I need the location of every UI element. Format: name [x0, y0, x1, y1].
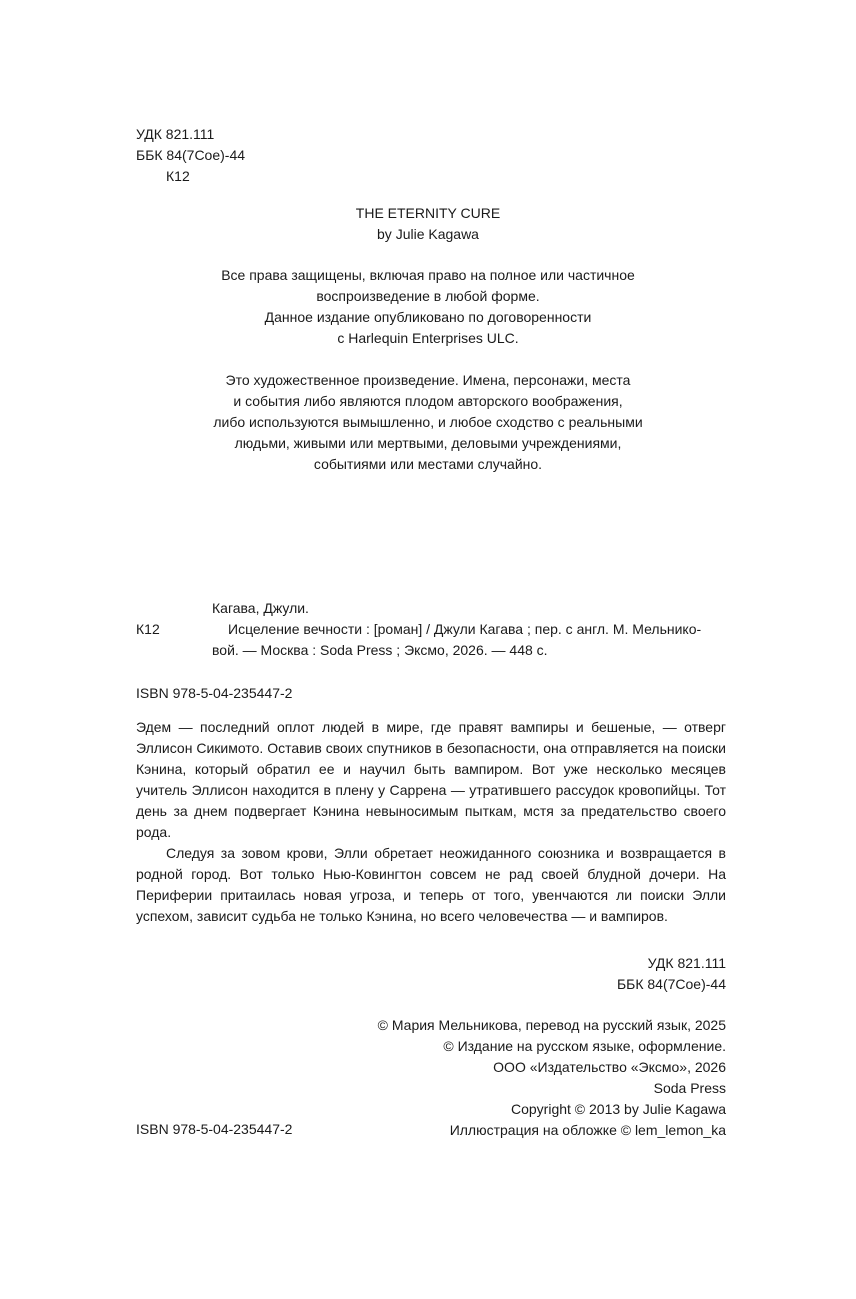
- disclaimer-line: событиями или местами случайно.: [0, 454, 856, 475]
- catalog-entry: Кагава, Джули. К12 Исцеление вечности : …: [136, 598, 728, 661]
- classification-codes-top: УДК 821.111 ББК 84(7Сое)-44 К12: [136, 124, 245, 187]
- rights-line: воспроизведение в любой форме.: [0, 286, 856, 307]
- catalog-description: Исцеление вечности : [роман] / Джули Каг…: [136, 619, 728, 661]
- disclaimer-line: Это художественное произведение. Имена, …: [0, 370, 856, 391]
- udk-code: УДК 821.111: [617, 953, 726, 974]
- annotation-paragraph: Следуя за зовом крови, Элли обретает нео…: [136, 843, 726, 927]
- rights-line: Данное издание опубликовано по договорен…: [0, 307, 856, 328]
- disclaimer-line: и события либо являются плодом авторског…: [0, 391, 856, 412]
- bbk-code: ББК 84(7Сое)-44: [136, 145, 245, 166]
- copyright-line: Copyright © 2013 by Julie Kagawa: [378, 1099, 726, 1120]
- copyright-line: © Мария Мельникова, перевод на русский я…: [378, 1015, 726, 1036]
- annotation-paragraph: Эдем — последний оплот людей в мире, где…: [136, 717, 726, 843]
- bbk-code: ББК 84(7Сое)-44: [617, 974, 726, 995]
- copyright-block: © Мария Мельникова, перевод на русский я…: [378, 1015, 726, 1141]
- copyright-line: Soda Press: [378, 1078, 726, 1099]
- copyright-line: © Издание на русском языке, оформление.: [378, 1036, 726, 1057]
- classification-codes-bottom: УДК 821.111 ББК 84(7Сое)-44: [617, 953, 726, 995]
- author-mark: К12: [136, 166, 245, 187]
- fiction-disclaimer: Это художественное произведение. Имена, …: [0, 370, 856, 475]
- rights-notice: Все права защищены, включая право на пол…: [0, 265, 856, 349]
- rights-line: Все права защищены, включая право на пол…: [0, 265, 856, 286]
- disclaimer-line: либо используются вымышленно, и любое сх…: [0, 412, 856, 433]
- copyright-line: ООО «Издательство «Эксмо», 2026: [378, 1057, 726, 1078]
- copyright-line: Иллюстрация на обложке © lem_lemon_ka: [378, 1120, 726, 1141]
- catalog-author: Кагава, Джули.: [136, 598, 728, 619]
- original-title: THE ETERNITY CURE: [0, 203, 856, 224]
- catalog-description-line: вой. — Москва : Soda Press ; Эксмо, 2026…: [212, 640, 728, 661]
- catalog-description-line: Исцеление вечности : [роман] / Джули Каг…: [212, 619, 728, 640]
- udk-code: УДК 821.111: [136, 124, 245, 145]
- isbn: ISBN 978-5-04-235447-2: [136, 683, 292, 704]
- annotation: Эдем — последний оплот людей в мире, где…: [136, 717, 726, 927]
- rights-line: с Harlequin Enterprises ULC.: [0, 328, 856, 349]
- disclaimer-line: людьми, живыми или мертвыми, деловыми уч…: [0, 433, 856, 454]
- isbn-footer: ISBN 978-5-04-235447-2: [136, 1119, 292, 1140]
- original-author: by Julie Kagawa: [0, 224, 856, 245]
- original-title-block: THE ETERNITY CURE by Julie Kagawa: [0, 203, 856, 245]
- catalog-description-row: К12 Исцеление вечности : [роман] / Джули…: [136, 619, 728, 661]
- catalog-mark: К12: [136, 619, 160, 640]
